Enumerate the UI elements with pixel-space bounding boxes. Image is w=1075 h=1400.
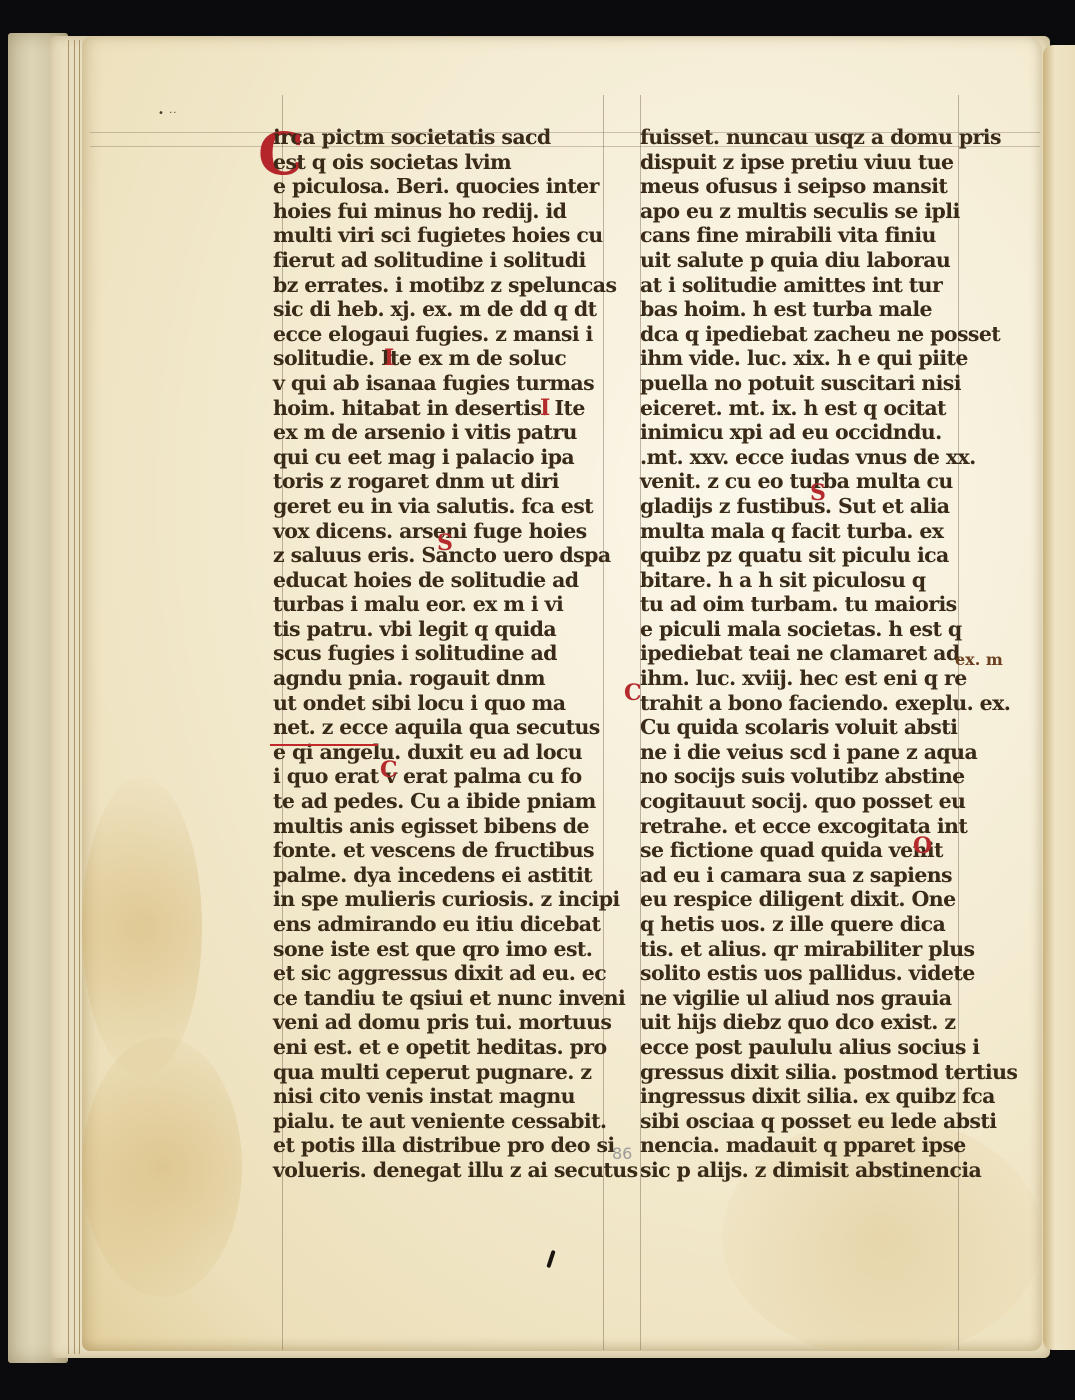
text-line: e piculi mala societas. h est q bbox=[640, 617, 980, 642]
text-line: ut ondet sibi locu i quo ma bbox=[273, 691, 603, 716]
rubricated-initial: C bbox=[624, 680, 642, 706]
text-line: ce tandiu te qsiui et nunc inveni bbox=[273, 986, 603, 1011]
text-line: ne vigilie ul aliud nos grauia bbox=[640, 986, 980, 1011]
folio-number: 86 bbox=[612, 1144, 632, 1163]
text-line: cans fine mirabili vita finiu bbox=[640, 223, 980, 248]
text-line: no socijs suis volutibz abstine bbox=[640, 764, 980, 789]
text-line: sic p alijs. z dimisit abstinencia bbox=[640, 1158, 980, 1183]
text-line: i quo erat v erat palma cu fo bbox=[273, 764, 603, 789]
text-line: ecce elogaui fugies. z mansi i bbox=[273, 322, 603, 347]
text-line: irca pictm societatis sacd bbox=[273, 125, 603, 150]
text-line: meus ofusus i seipso mansit bbox=[640, 174, 980, 199]
text-line: ens admirando eu itiu dicebat bbox=[273, 912, 603, 937]
text-line: multis anis egisset bibens de bbox=[273, 814, 603, 839]
text-line: trahit a bono faciendo. exeplu. ex. bbox=[640, 691, 980, 716]
text-line: multa mala q facit turba. ex bbox=[640, 519, 980, 544]
text-line: apo eu z multis seculis se ipli bbox=[640, 199, 980, 224]
text-line: multi viri sci fugietes hoies cu bbox=[273, 223, 603, 248]
text-line: te ad pedes. Cu a ibide pniam bbox=[273, 789, 603, 814]
text-line: .mt. xxv. ecce iudas vnus de xx. bbox=[640, 445, 980, 470]
text-line: qui cu eet mag i palacio ipa bbox=[273, 445, 603, 470]
text-line: ipediebat teai ne clamaret ad bbox=[640, 641, 980, 666]
text-line: eni est. et e opetit heditas. pro bbox=[273, 1035, 603, 1060]
rubricated-initial: I bbox=[384, 345, 394, 371]
rubricated-initial: O bbox=[913, 833, 932, 859]
text-line: ne i die veius scd i pane z aqua bbox=[640, 740, 980, 765]
text-line: v qui ab isanaa fugies turmas bbox=[273, 371, 603, 396]
text-line: et sic aggressus dixit ad eu. ec bbox=[273, 961, 603, 986]
text-line: fierut ad solitudine i solitudi bbox=[273, 248, 603, 273]
rubricated-initial: S bbox=[437, 530, 453, 556]
text-line: e piculosa. Beri. quocies inter bbox=[273, 174, 603, 199]
text-line: cogitauut socij. quo posset eu bbox=[640, 789, 980, 814]
margin-dots: • ‧‧ bbox=[158, 108, 177, 119]
text-column-right: fuisset. nuncau usqz a domu pris dispuit… bbox=[640, 125, 980, 1183]
text-line: fonte. et vescens de fructibus bbox=[273, 838, 603, 863]
text-line: tis patru. vbi legit q quida bbox=[273, 617, 603, 642]
text-line: hoim. hitabat in desertis. Ite bbox=[273, 396, 603, 421]
text-line: tis. et alius. qr mirabiliter plus bbox=[640, 937, 980, 962]
text-line: ihm. luc. xviij. hec est eni q re bbox=[640, 666, 980, 691]
text-column-left: irca pictm societatis sacd est q ois soc… bbox=[273, 125, 603, 1183]
text-line: net. z ecce aquila qua secutus bbox=[273, 715, 603, 740]
rubricated-initial: I bbox=[540, 395, 550, 421]
text-line: toris z rogaret dnm ut diri bbox=[273, 469, 603, 494]
text-line: turbas i malu eor. ex m i vi bbox=[273, 592, 603, 617]
text-line: Cu quida scolaris voluit absti bbox=[640, 715, 980, 740]
text-line: qua multi ceperut pugnare. z bbox=[273, 1060, 603, 1085]
text-line: bas hoim. h est turba male bbox=[640, 297, 980, 322]
text-line: volueris. denegat illu z ai secutus bbox=[273, 1158, 603, 1183]
text-line: ihm vide. luc. xix. h e qui piite bbox=[640, 346, 980, 371]
margin-note: ex. m bbox=[955, 650, 1003, 669]
text-line: educat hoies de solitudie ad bbox=[273, 568, 603, 593]
text-line: eiceret. mt. ix. h est q ocitat bbox=[640, 396, 980, 421]
water-stain bbox=[82, 777, 202, 1077]
text-line: ad eu i camara sua z sapiens bbox=[640, 863, 980, 888]
text-line: et potis illa distribue pro deo si bbox=[273, 1133, 603, 1158]
text-line: at i solitudie amittes int tur bbox=[640, 273, 980, 298]
text-line: pialu. te aut veniente cessabit. bbox=[273, 1109, 603, 1134]
rubricated-initial: C bbox=[380, 757, 398, 783]
text-line: dca q ipediebat zacheu ne posset bbox=[640, 322, 980, 347]
text-line: bitare. h a h sit piculosu q bbox=[640, 568, 980, 593]
text-line: dispuit z ipse pretiu viuu tue bbox=[640, 150, 980, 175]
text-line: ecce post paululu alius socius i bbox=[640, 1035, 980, 1060]
facing-page-edge bbox=[1043, 45, 1075, 1350]
text-line: tu ad oim turbam. tu maioris bbox=[640, 592, 980, 617]
text-line: solito estis uos pallidus. videte bbox=[640, 961, 980, 986]
text-line: geret eu in via salutis. fca est bbox=[273, 494, 603, 519]
text-line: nencia. madauit q pparet ipse bbox=[640, 1133, 980, 1158]
text-line: in spe mulieris curiosis. z incipi bbox=[273, 887, 603, 912]
text-line: scus fugies i solitudine ad bbox=[273, 641, 603, 666]
text-line: sone iste est que qro imo est. bbox=[273, 937, 603, 962]
text-line: sibi osciaa q posset eu lede absti bbox=[640, 1109, 980, 1134]
text-line: sic di heb. xj. ex. m de dd q dt bbox=[273, 297, 603, 322]
text-line: uit hijs diebz quo dco exist. z bbox=[640, 1010, 980, 1035]
text-line: solitudie. Ite ex m de soluc bbox=[273, 346, 603, 371]
text-line: palme. dya incedens ei astitit bbox=[273, 863, 603, 888]
text-line: inimicu xpi ad eu occidndu. bbox=[640, 420, 980, 445]
text-line: ingressus dixit silia. ex quibz fca bbox=[640, 1084, 980, 1109]
text-line: ex m de arsenio i vitis patru bbox=[273, 420, 603, 445]
rubricated-initial: S bbox=[810, 480, 826, 506]
text-line: bz errates. i motibz z speluncas bbox=[273, 273, 603, 298]
text-line: eu respice diligent dixit. One bbox=[640, 887, 980, 912]
text-line: agndu pnia. rogauit dnm bbox=[273, 666, 603, 691]
text-line: fuisset. nuncau usqz a domu pris bbox=[640, 125, 980, 150]
text-line: q hetis uos. z ille quere dica bbox=[640, 912, 980, 937]
text-line: nisi cito venis instat magnu bbox=[273, 1084, 603, 1109]
text-line: veni ad domu pris tui. mortuus bbox=[273, 1010, 603, 1035]
water-stain bbox=[82, 1037, 242, 1297]
text-line: est q ois societas lvim bbox=[273, 150, 603, 175]
text-line: gressus dixit silia. postmod tertius bbox=[640, 1060, 980, 1085]
text-line: quibz pz quatu sit piculu ica bbox=[640, 543, 980, 568]
text-line: hoies fui minus ho redij. id bbox=[273, 199, 603, 224]
text-line: puella no potuit suscitari nisi bbox=[640, 371, 980, 396]
text-line: uit salute p quia diu laborau bbox=[640, 248, 980, 273]
red-strikethrough bbox=[270, 744, 378, 746]
